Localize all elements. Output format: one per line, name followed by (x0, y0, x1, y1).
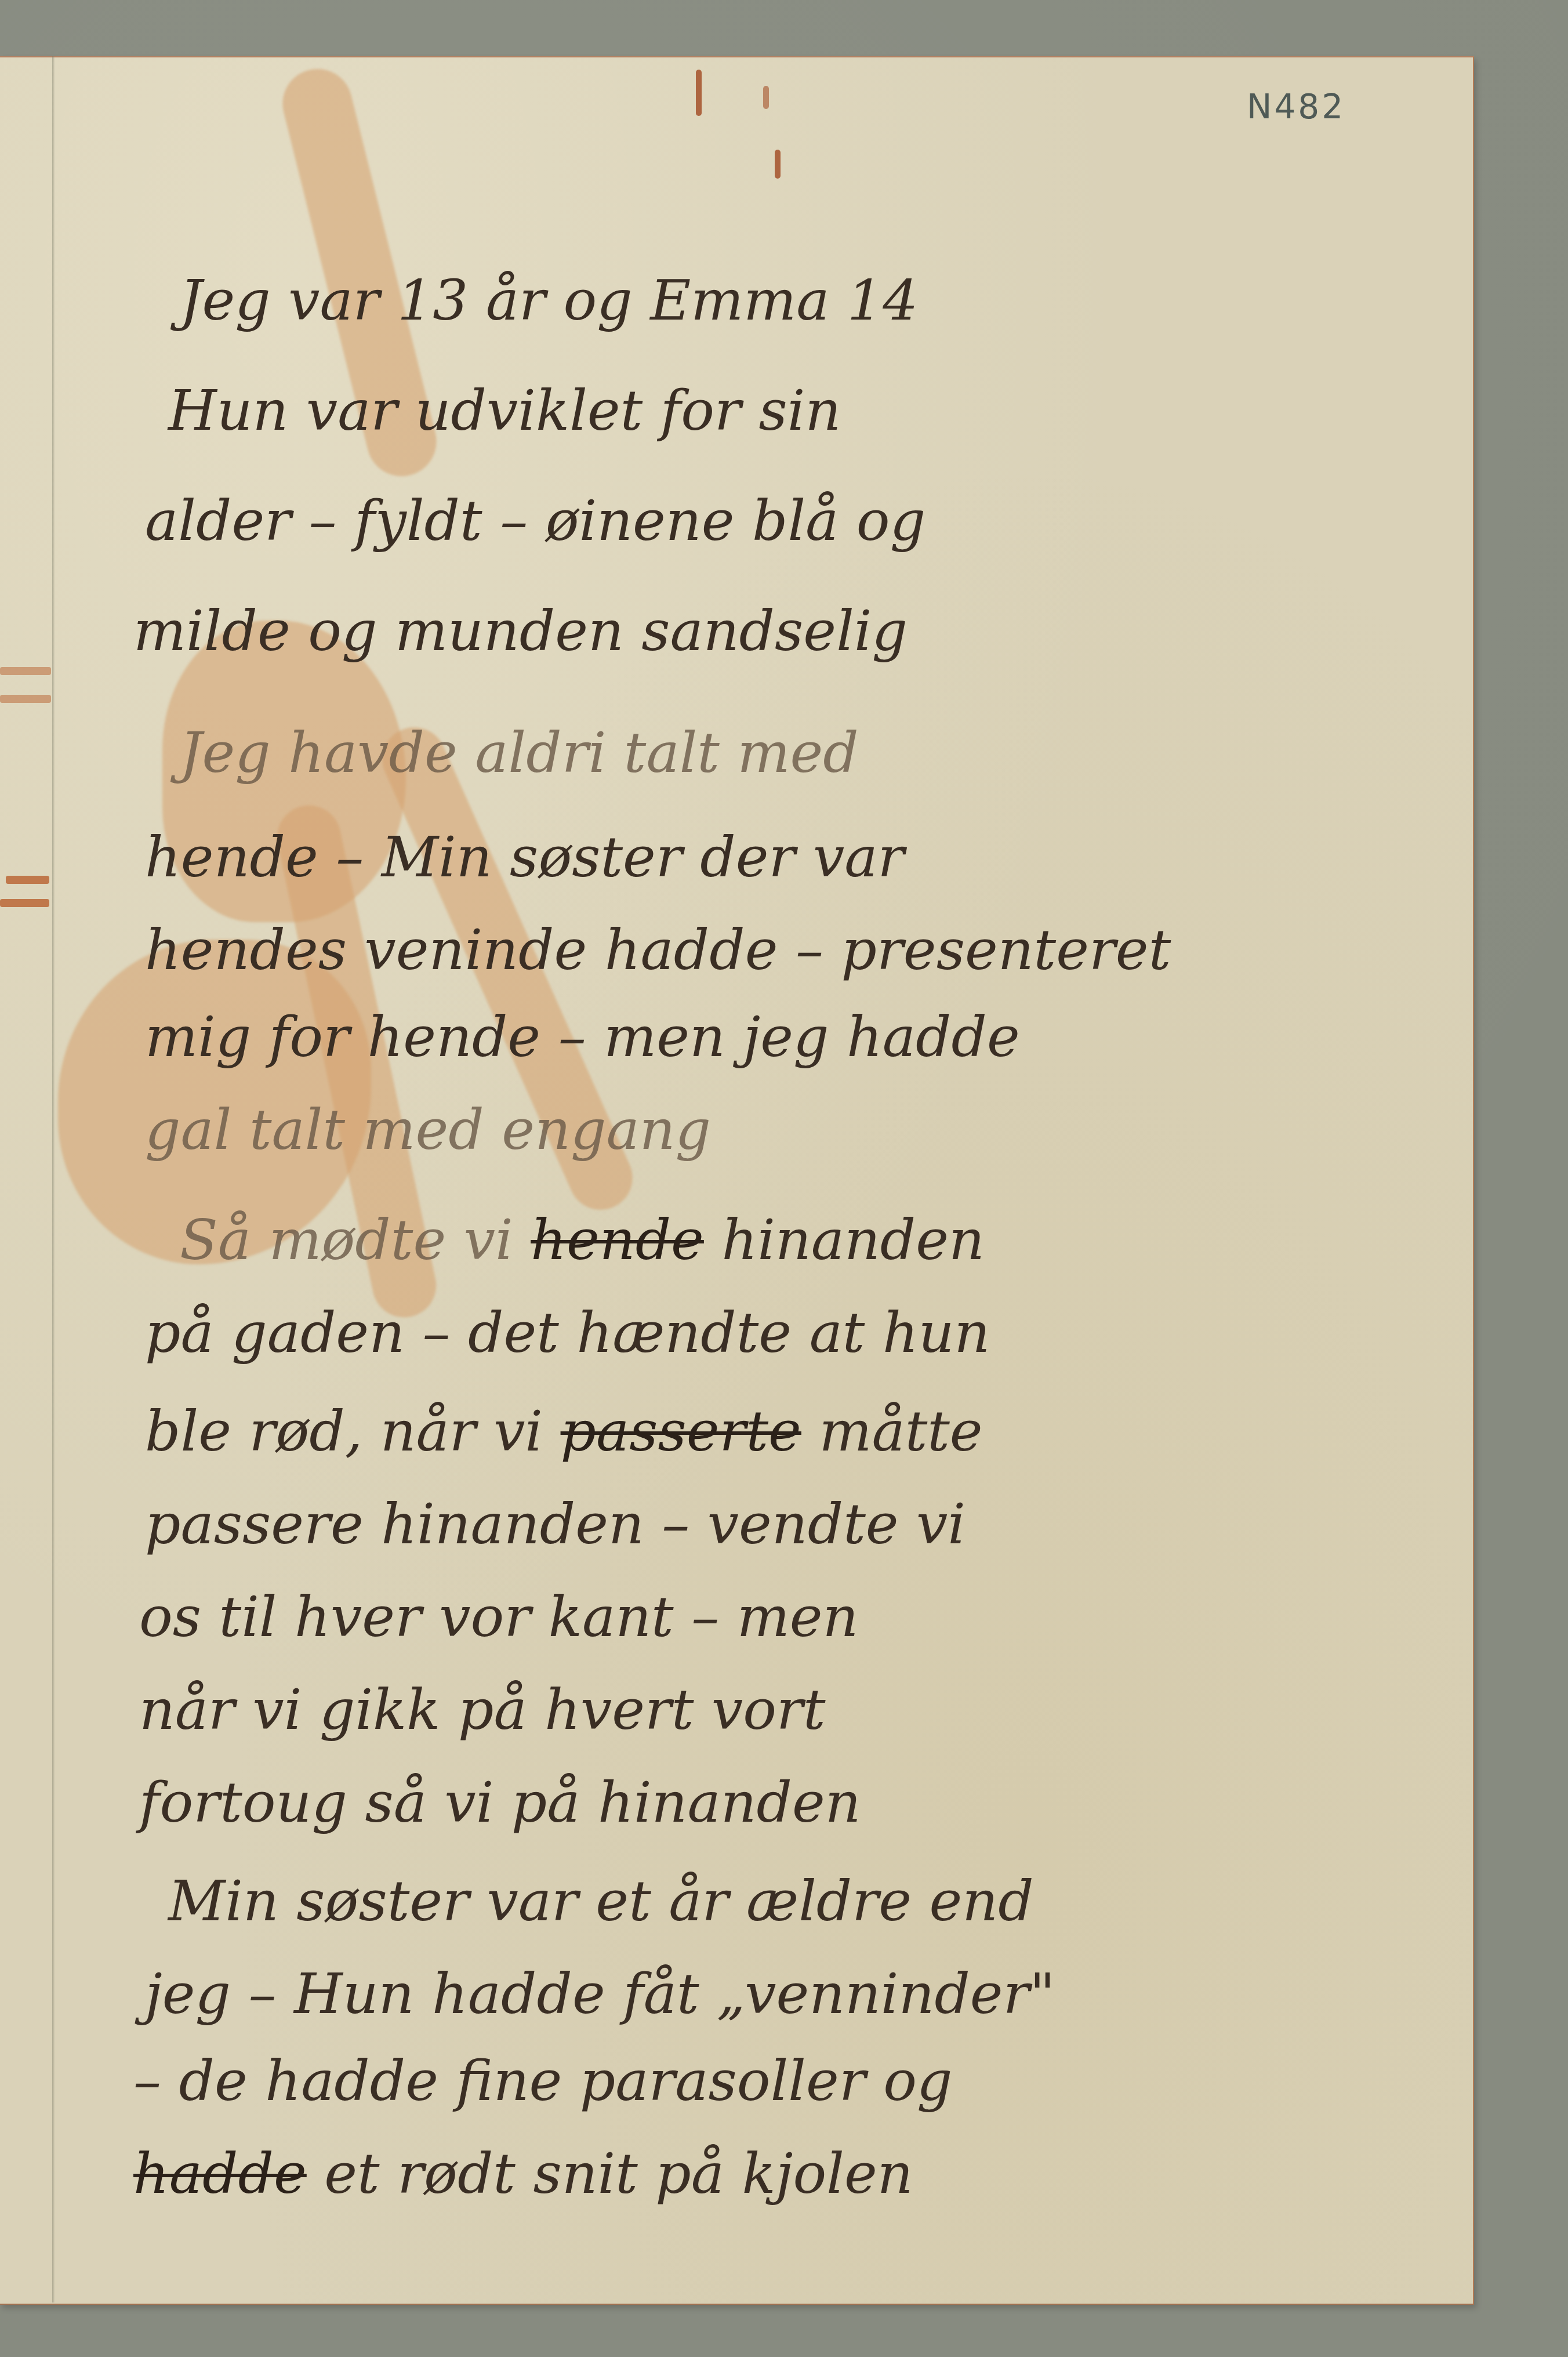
manuscript-line: hende – Min søster der var (145, 829, 904, 885)
manuscript-line: alder – fyldt – øinene blå og (145, 493, 925, 549)
archive-number: N482 (1247, 87, 1345, 126)
manuscript-line: Jeg havde aldri talt med (180, 725, 859, 781)
manuscript-line: Hun var udviklet for sin (168, 383, 841, 438)
manuscript-line: os til hver vor kant – men (139, 1589, 858, 1645)
manuscript-line: Jeg var 13 år og Emma 14 (180, 273, 918, 328)
manuscript-line: passere hinanden – vendte vi (145, 1496, 966, 1552)
manuscript-line: fortoug så vi på hinanden (139, 1775, 861, 1830)
line-segment: ble rød, når vi (145, 1399, 561, 1464)
manuscript-line: gal talt med engang (145, 1102, 711, 1158)
manuscript-line: hadde et rødt snit på kjolen (133, 2146, 913, 2202)
line-segment: måtte (801, 1399, 983, 1464)
manuscript-line: ble rød, når vi passerte måtte (145, 1404, 983, 1459)
left-strip-rust-mark (6, 876, 49, 884)
manuscript-line: milde og munden sandselig (133, 603, 908, 659)
manuscript-line: Så mødte vi hende hinanden (180, 1212, 985, 1268)
rust-mark (775, 150, 781, 179)
manuscript-line: mig for hende – men jeg hadde (145, 1009, 1020, 1065)
struck-word: passerte (561, 1399, 801, 1464)
rust-mark (763, 86, 769, 109)
manuscript-line: – de hadde fine parasoller og (133, 2053, 953, 2109)
manuscript-line: på gaden – det hændte at hun (145, 1305, 990, 1361)
manuscript-line: hendes veninde hadde – presenteret (145, 922, 1171, 978)
left-strip-rust-mark (0, 899, 49, 907)
page-fold-line (52, 56, 55, 2302)
left-strip-rust-mark (0, 667, 51, 675)
left-strip-rust-mark (0, 695, 51, 703)
line-segment: et rødt snit på kjolen (307, 2141, 913, 2206)
manuscript-line: når vi gikk på hvert vort (139, 1682, 826, 1738)
manuscript-line: Min søster var et år ældre end (168, 1873, 1034, 1929)
rust-mark (696, 70, 702, 116)
struck-word: hadde (133, 2141, 307, 2206)
line-segment: hinanden (704, 1207, 985, 1272)
struck-word: hende (531, 1207, 704, 1272)
manuscript-line: jeg – Hun hadde fåt „venninder" (145, 1966, 1055, 2022)
line-segment: Så mødte vi (180, 1207, 531, 1272)
